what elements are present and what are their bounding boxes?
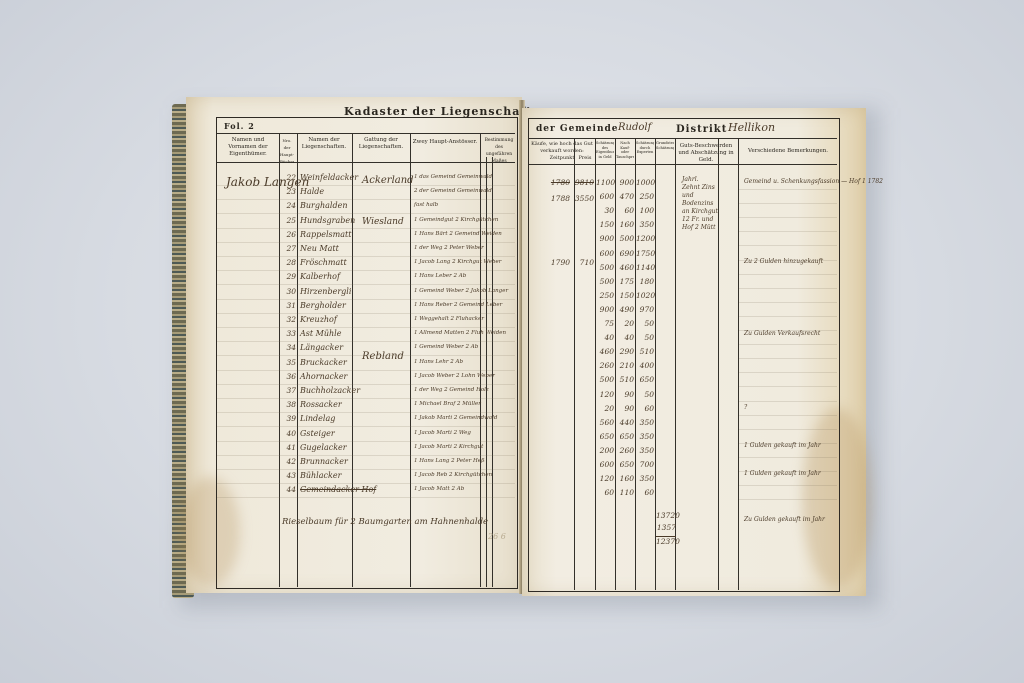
property-name: Neu Matt [300, 244, 339, 253]
valuation-value: 500 [596, 375, 614, 384]
valuation-value: 20 [596, 404, 614, 413]
header-neighbors: Zwey Haupt-Anstösser. [412, 139, 478, 146]
row-number: 26 [280, 230, 296, 239]
valuation-value: 90 [616, 390, 634, 399]
neighbors: 1 Jacob Marti 2 Weg [414, 430, 471, 436]
valuation-value: 290 [616, 347, 634, 356]
ruled-line [217, 313, 515, 314]
valuation-value: 500 [596, 263, 614, 272]
valuation-value: 560 [596, 418, 614, 427]
valuation-value: 75 [596, 319, 614, 328]
gemeinde-name: Rudolf [618, 122, 651, 133]
neighbors: 1 das Gemeind Gemeinwald [414, 174, 492, 180]
ruled-line [739, 245, 837, 246]
row-number: 28 [280, 258, 296, 267]
property-name: Gemeindacker Hof [300, 485, 376, 494]
owner-name: Jakob Langen [226, 175, 309, 189]
ruled-line [739, 485, 837, 486]
property-name: Ahornacker [300, 372, 347, 381]
neighbors: 1 Jacob Weber 2 Lohn Weber [414, 373, 495, 379]
neighbors: 1 Jacob Marti 2 Kirchgut [414, 444, 483, 450]
ruled-line [739, 415, 837, 416]
valuation-value: 150 [616, 291, 634, 300]
row-number: 36 [280, 372, 296, 381]
ruled-line [217, 213, 515, 214]
ruled-line [217, 370, 515, 371]
row-number: 32 [280, 315, 296, 324]
valuation-value: 600 [596, 192, 614, 201]
header-tax-valuation: Grundsteuer Schätzung [656, 141, 674, 150]
ruled-line [739, 274, 837, 275]
valuation-value: 150 [596, 220, 614, 229]
row-number: 22 [280, 173, 296, 182]
valuation-value: 650 [616, 432, 634, 441]
ruled-line [739, 358, 837, 359]
header-bottom-rule [217, 162, 515, 163]
row-number: 44 [280, 485, 296, 494]
neighbors: 1 Hans Leber 2 Ab [414, 273, 466, 279]
ruled-line [739, 401, 837, 402]
valuation-value: 900 [616, 178, 634, 187]
ruled-line [217, 242, 515, 243]
ruled-line [217, 270, 515, 271]
valuation-value: 250 [596, 291, 614, 300]
property-name: Rossacker [300, 400, 342, 409]
valuation-value: 60 [636, 404, 654, 413]
valuation-value: 400 [636, 361, 654, 370]
valuation-value: 900 [596, 234, 614, 243]
valuation-value: 40 [616, 333, 634, 342]
neighbors: 1 Hans Reber 2 Gemeind Leber [414, 302, 502, 308]
ruled-line [739, 203, 837, 204]
neighbors: 1 Weggehalt 2 Fluhacker [414, 316, 484, 322]
land-type-2: Wiesland [362, 217, 404, 227]
valuation-value: 650 [596, 432, 614, 441]
valuation-value: 60 [636, 488, 654, 497]
property-name: Halde [300, 187, 324, 196]
ruled-line [217, 199, 515, 200]
ruled-line [217, 185, 515, 186]
ruled-line [217, 426, 515, 427]
property-name: Lindelag [300, 414, 335, 423]
ruled-line [739, 386, 837, 387]
valuation-value: 50 [636, 333, 654, 342]
land-type-3: Rebland [362, 351, 404, 362]
valuation-value: 700 [636, 460, 654, 469]
valuation-value: 100 [636, 206, 654, 215]
ruled-line [217, 469, 515, 470]
row-number: 43 [280, 471, 296, 480]
valuation-value: 1000 [636, 178, 654, 187]
valuation-value: 510 [636, 347, 654, 356]
burdens-note: Jahrl. Zehnt Zins und Bodenzins an Kirch… [682, 176, 718, 232]
valuation-value: 175 [616, 277, 634, 286]
valuation-value: 60 [616, 206, 634, 215]
header-measure: Bestimmung des ungefähren Maßes [482, 137, 516, 165]
purchase-price: 710 [574, 258, 594, 267]
valuation-value: 250 [636, 192, 654, 201]
row-number: 39 [280, 414, 296, 423]
remark: Zu 2 Gulden hinzugekauft [744, 258, 823, 265]
valuation-value: 900 [596, 305, 614, 314]
row-number: 30 [280, 287, 296, 296]
property-name: Gsteiger [300, 429, 335, 438]
folio-label: Fol. 2 [224, 121, 255, 131]
property-name: Kreuzhof [300, 315, 337, 324]
valuation-value: 1020 [636, 291, 654, 300]
ruled-line [739, 316, 837, 317]
valuation-value: 1100 [596, 178, 614, 187]
valuation-value: 180 [636, 277, 654, 286]
ruled-line [217, 341, 515, 342]
property-name: Gugelacker [300, 443, 347, 452]
row-number: 29 [280, 272, 296, 281]
ruled-line [217, 299, 515, 300]
valuation-value: 110 [616, 488, 634, 497]
header-remarks: Verschiedene Bemerkungen. [740, 148, 836, 155]
header-property-type: Gattung der Liegenschaften. [354, 137, 408, 151]
neighbors: 1 Gemeind Weber 2 Jakob Langer [414, 288, 508, 294]
header-purchase-price: Nach Kauf- oder Tauschpreis [616, 141, 634, 159]
ruled-line [739, 302, 837, 303]
remark: ? [744, 404, 747, 411]
ruled-line [739, 429, 837, 430]
row-number: 31 [280, 301, 296, 310]
remark: Zu Gulden Verkaufsrecht [744, 330, 820, 337]
valuation-value: 460 [596, 347, 614, 356]
valuation-value: 490 [616, 305, 634, 314]
remark: 1 Gulden gekauft im Jahr [744, 442, 821, 449]
right-page: der Gemeinde Rudolf Distrikt Hellikon Kä… [522, 108, 866, 596]
column-divider [738, 139, 739, 590]
footer-note: Rieselbaum für 2 Baumgarten am Hahnenhal… [282, 517, 488, 527]
valuation-value: 160 [616, 474, 634, 483]
neighbors: 1 Hans Bärt 2 Gemeind Weiden [414, 231, 502, 237]
valuation-value: 260 [596, 361, 614, 370]
ruled-line [739, 372, 837, 373]
header-book-no: Nro. der Haupt-Bücher. [280, 137, 294, 165]
valuation-value: 500 [596, 277, 614, 286]
valuation-value: 460 [616, 263, 634, 272]
purchase-year: 1790 [536, 258, 570, 267]
row-number: 38 [280, 400, 296, 409]
valuation-value: 260 [616, 446, 634, 455]
page-total: 26 6 [488, 532, 506, 541]
header-burdens: Guts-Beschwerden und Abschätzung in Geld… [678, 143, 734, 164]
valuation-value: 510 [616, 375, 634, 384]
ruled-line [217, 284, 515, 285]
valuation-value: 200 [596, 446, 614, 455]
ruled-line [217, 256, 515, 257]
purchase-year: 1788 [536, 194, 570, 203]
ruled-line [739, 217, 837, 218]
valuation-value: 600 [596, 460, 614, 469]
valuation-value: 970 [636, 305, 654, 314]
neighbors: 1 Hans Lehr 2 Ab [414, 359, 463, 365]
valuation-value: 350 [636, 474, 654, 483]
row-number: 41 [280, 443, 296, 452]
purchase-price: 3550 [574, 194, 594, 203]
valuation-value: 50 [636, 390, 654, 399]
header-owner: Namen und Vornamen der Eigenthümer. [218, 137, 278, 158]
ruled-line [739, 231, 837, 232]
row-number: 33 [280, 329, 296, 338]
valuation-value: 60 [596, 488, 614, 497]
property-name: Burghalden [300, 201, 347, 210]
ruled-line [217, 441, 515, 442]
neighbors: 1 Jakob Marti 2 Gemeindwald [414, 415, 497, 421]
column-total: 13720 [656, 511, 676, 520]
property-name: Weinfeldacker [300, 173, 358, 182]
valuation-value: 650 [616, 460, 634, 469]
column-total: 1357 [656, 523, 676, 532]
row-number: 27 [280, 244, 296, 253]
valuation-value: 350 [636, 446, 654, 455]
neighbors: 1 Michael Braf 2 Müller [414, 401, 481, 407]
valuation-value: 350 [636, 418, 654, 427]
valuation-value: 90 [616, 404, 634, 413]
valuation-value: 1750 [636, 249, 654, 258]
property-name: Bruckacker [300, 358, 347, 367]
property-name: Bergholder [300, 301, 346, 310]
neighbors: 1 Jacob Lang 2 Kirchgut Weber [414, 259, 501, 265]
valuation-value: 1140 [636, 263, 654, 272]
neighbors: 1 Jacob Reb 2 Kirchgütchen [414, 472, 492, 478]
property-name: Hirzenbergli [300, 287, 351, 296]
row-number: 40 [280, 429, 296, 438]
valuation-value: 650 [636, 375, 654, 384]
purchase-year: 1780 [536, 178, 570, 187]
neighbors: 1 Allmend Matten 2 Fluh Weiden [414, 330, 506, 336]
valuation-value: 210 [616, 361, 634, 370]
neighbors: 2 der Gemeind Gemeinwald [414, 188, 492, 194]
ruled-line [217, 497, 515, 498]
valuation-value: 350 [636, 220, 654, 229]
neighbors: 1 Jacob Matt 2 Ab [414, 486, 464, 492]
remark: 1 Gulden gekauft im Jahr [744, 470, 821, 477]
valuation-value: 20 [616, 319, 634, 328]
remark: Gemeind u. Schenkungsfassion — Hof 1 178… [744, 178, 883, 185]
district-label: Distrikt [676, 124, 727, 135]
row-number: 23 [280, 187, 296, 196]
valuation-value: 690 [616, 249, 634, 258]
left-page: Fol. 2 Kadaster der Liegenschaften Namen… [186, 97, 522, 593]
ruled-line [739, 499, 837, 500]
ruled-line [217, 455, 515, 456]
neighbors: 1 der Weg 2 Gemeind Holz [414, 387, 489, 393]
valuation-value: 40 [596, 333, 614, 342]
gemeinde-label: der Gemeinde [536, 124, 619, 134]
neighbors: 1 Gemeindgut 2 Kirchgütchen [414, 217, 498, 223]
column-divider [574, 139, 575, 590]
ruled-line [217, 384, 515, 385]
property-name: Rappelsmatt [300, 230, 351, 239]
ruled-line [217, 355, 515, 356]
row-number: 35 [280, 358, 296, 367]
property-name: Hundsgraben [300, 216, 355, 225]
valuation-value: 600 [596, 249, 614, 258]
valuation-value: 120 [596, 474, 614, 483]
ruled-line [217, 412, 515, 413]
property-name: Brunnacker [300, 457, 348, 466]
valuation-value: 50 [636, 319, 654, 328]
row-number: 34 [280, 343, 296, 352]
valuation-value: 350 [636, 432, 654, 441]
row-number: 37 [280, 386, 296, 395]
row-number: 24 [280, 201, 296, 210]
property-name: Kalberhof [300, 272, 340, 281]
row-number: 25 [280, 216, 296, 225]
ruled-line [739, 457, 837, 458]
remark: Zu Gulden gekauft im Jahr [744, 516, 825, 523]
header-estate-value: Schätzung des Eigenthums in Geld [596, 141, 614, 159]
valuation-value: 440 [616, 418, 634, 427]
column-divider [718, 139, 719, 590]
property-name: Ast Mühle [300, 329, 341, 338]
ruled-line [739, 344, 837, 345]
neighbors: fast halb [414, 202, 438, 208]
ruled-line [217, 398, 515, 399]
column-total: 12370 [656, 536, 676, 546]
ruled-line [217, 483, 515, 484]
property-name: Längacker [300, 343, 343, 352]
district-name: Hellikon [728, 121, 775, 134]
valuation-value: 470 [616, 192, 634, 201]
valuation-value: 160 [616, 220, 634, 229]
valuation-value: 500 [616, 234, 634, 243]
valuation-value: 1200 [636, 234, 654, 243]
valuation-value: 120 [596, 390, 614, 399]
property-name: Buchholzacker [300, 386, 360, 395]
header-price: Preis [574, 155, 596, 162]
header-divider [217, 133, 515, 134]
ruled-line [739, 288, 837, 289]
valuation-value: 30 [596, 206, 614, 215]
neighbors: 1 der Weg 2 Peter Weber [414, 245, 484, 251]
ruled-line [739, 189, 837, 190]
property-name: Fröschmatt [300, 258, 347, 267]
header-expert-valuation: Schätzung durch Experten [636, 141, 654, 155]
property-name: Bühlacker [300, 471, 341, 480]
row-number: 42 [280, 457, 296, 466]
ruled-line [217, 228, 515, 229]
ruled-line [217, 327, 515, 328]
neighbors: 1 Hans Lang 2 Peter Heß [414, 458, 485, 464]
header-property-name: Namen der Liegenschaften. [298, 137, 350, 151]
purchase-price: 9810 [574, 178, 594, 187]
neighbors: 1 Gemeind Weber 2 Ab [414, 344, 478, 350]
